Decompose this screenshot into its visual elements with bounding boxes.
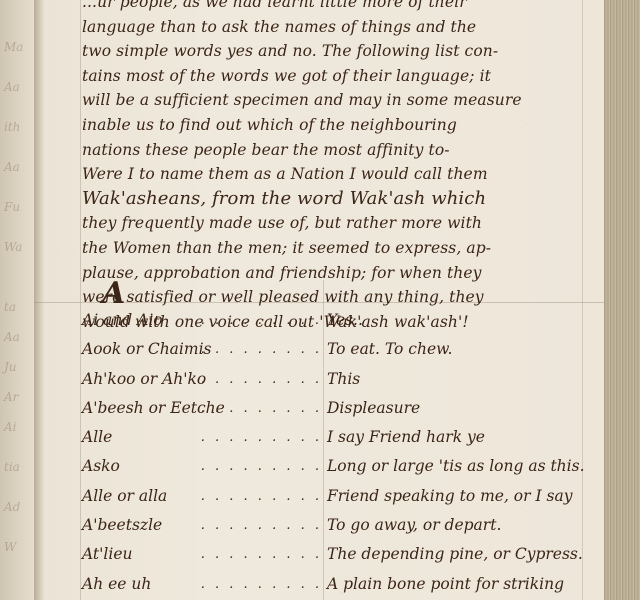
vocab-entry: Aook or Chaimis . . . . . . . . . To eat… xyxy=(82,335,582,364)
prose-line: language than to ask the names of things… xyxy=(82,15,582,40)
dot-leader: . . . . . . . . . xyxy=(82,511,322,540)
prose-line: nations these people bear the most affin… xyxy=(82,138,582,163)
vocab-meaning: Friend speaking to me, or I say xyxy=(327,482,572,511)
vocab-meaning: I say Friend hark ye xyxy=(327,423,485,452)
vocab-entry: Ai and Aio . . . . . . . . . Yes.. xyxy=(82,306,582,335)
vocab-meaning: To eat. To chew. xyxy=(327,335,452,364)
prose-line: Wak'asheans, from the word Wak'ash which xyxy=(82,187,582,212)
prose-line: inable us to find out which of the neigh… xyxy=(82,113,582,138)
dot-leader: . . . . . . . . . xyxy=(82,482,322,511)
vocab-meaning: Yes.. xyxy=(327,306,363,335)
dot-leader: . . . . . . . . . xyxy=(82,394,322,423)
dot-leader: . . . . . . . . . xyxy=(82,423,322,452)
vocab-meaning: Displeasure xyxy=(327,394,420,423)
ghost-text: Ma xyxy=(4,40,23,54)
dot-leader: . . . . . . . . . xyxy=(82,570,322,599)
facing-page: Ma Aa ith Aa Fu Wa ta Aa Ju Ar Ai tia Ad… xyxy=(0,0,34,600)
ghost-text: Ad xyxy=(4,500,20,514)
vocab-entry: At'lieu . . . . . . . . . The depending … xyxy=(82,540,582,569)
vocab-entry: A'beesh or Eetche . . . . . . . . . Disp… xyxy=(82,394,582,423)
dot-leader: . . . . . . . . . xyxy=(82,540,322,569)
ghost-text: Ar xyxy=(4,390,18,404)
prose-line: the Women than the men; it seemed to exp… xyxy=(82,236,582,261)
vocab-meaning: Long or large 'tis as long as this. xyxy=(327,452,585,481)
prose-line: two simple words yes and no. The followi… xyxy=(82,39,582,64)
vocabulary-list: Ai and Aio . . . . . . . . . Yes.. Aook … xyxy=(82,306,582,599)
vocab-entry: Asko . . . . . . . . . Long or large 'ti… xyxy=(82,452,582,481)
book-gutter xyxy=(34,0,44,600)
vocab-entry: A'beetszle . . . . . . . . . To go away,… xyxy=(82,511,582,540)
vocab-entry: Alle . . . . . . . . . I say Friend hark… xyxy=(82,423,582,452)
prose-line: tains most of the words we got of their … xyxy=(82,64,582,89)
dot-leader: . . . . . . . . . xyxy=(82,452,322,481)
dot-leader: . . . . . . . . . xyxy=(82,306,322,335)
ghost-text: W xyxy=(4,540,16,554)
prose-line: they frequently made use of, but rather … xyxy=(82,211,582,236)
vocab-entry: Alle or alla . . . . . . . . . Friend sp… xyxy=(82,482,582,511)
ghost-text: Wa xyxy=(4,240,22,254)
ghost-text: Ai xyxy=(4,420,17,434)
ghost-text: Aa xyxy=(4,330,20,344)
vocab-meaning: A plain bone point for striking xyxy=(327,570,564,599)
ghost-text: Aa xyxy=(4,80,20,94)
dot-leader: . . . . . . . . . xyxy=(82,365,322,394)
right-margin-rule xyxy=(582,0,583,600)
dot-leader: . . . . . . . . . xyxy=(82,335,322,364)
vocab-entry: Ah'koo or Ah'ko . . . . . . . . . This xyxy=(82,365,582,394)
left-margin-rule xyxy=(80,0,81,600)
ghost-text: ta xyxy=(4,300,16,314)
prose-line: plause, approbation and friendship; for … xyxy=(82,261,582,286)
vocab-meaning: The depending pine, or Cypress. xyxy=(327,540,583,569)
prose-line: ...ur people, as we had learnt little mo… xyxy=(82,0,582,15)
ghost-text: Ju xyxy=(4,360,17,374)
journal-prose: ...ur people, as we had learnt little mo… xyxy=(82,0,582,334)
vocab-entry: Ah ee uh . . . . . . . . . A plain bone … xyxy=(82,570,582,599)
ghost-text: tia xyxy=(4,460,20,474)
vocab-meaning: This xyxy=(327,365,360,394)
ghost-text: Aa xyxy=(4,160,20,174)
vocab-meaning: To go away, or depart. xyxy=(327,511,501,540)
prose-line: Were I to name them as a Nation I would … xyxy=(82,162,582,187)
ghost-text: ith xyxy=(4,120,20,134)
ghost-text: Fu xyxy=(4,200,20,214)
prose-line: will be a sufficient specimen and may in… xyxy=(82,88,582,113)
page-edges xyxy=(604,0,640,600)
